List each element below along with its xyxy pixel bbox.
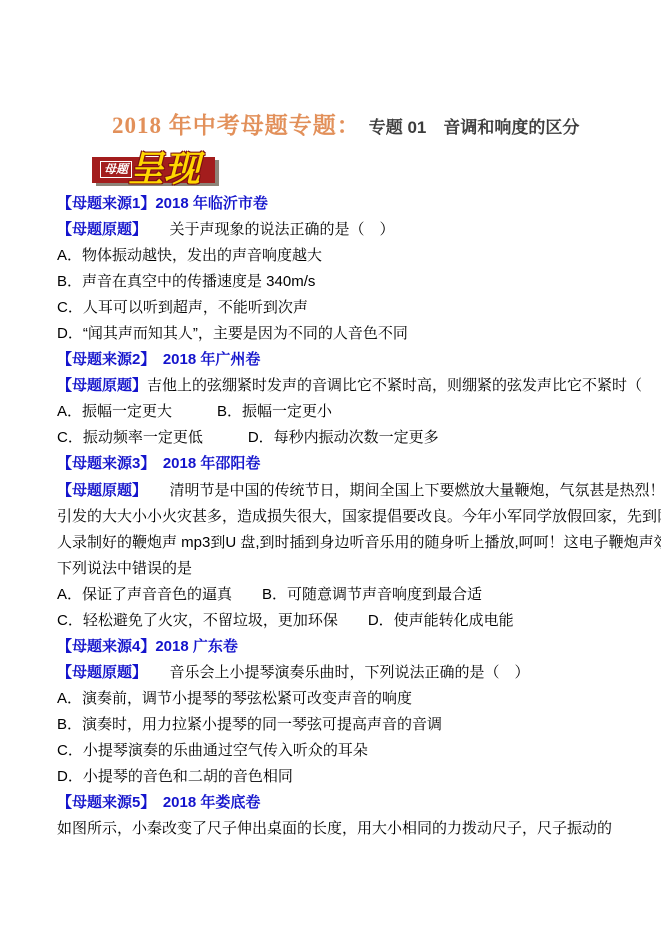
text-line: A．振幅一定更大 B．振幅一定更小 <box>57 399 637 425</box>
text-line: 【母题来源2】 2018 年广州卷 <box>57 347 637 373</box>
question-text: C．人耳可以听到超声，不能听到次声 <box>57 299 308 316</box>
section-label: 【母题原题】 <box>57 482 140 499</box>
question-text: 引发的大大小小火灾甚多，造成损失很大，国家提倡要改良。今年小军同学放假回家，先到… <box>57 508 661 525</box>
text-line: A．保证了声音音色的逼真 B．可随意调节声音响度到最合适 <box>57 582 637 608</box>
question-text: 人录制好的鞭炮声 mp3到U 盘,到时插到身边听音乐用的随身听上播放,呵呵！这电… <box>57 534 661 551</box>
text-line: 【母题原题】 关于声现象的说法正确的是（ ） <box>57 217 637 243</box>
text-line: 下列说法中错误的是 <box>57 556 637 582</box>
question-text: C．轻松避免了火灾，不留垃圾，更加环保 D．使声能转化成电能 <box>57 612 514 629</box>
question-text: D．“闻其声而知其人”，主要是因为不同的人音色不同 <box>57 325 408 342</box>
question-text: B．声音在真空中的传播速度是 340m/s <box>57 273 315 290</box>
question-text: C．小提琴演奏的乐曲通过空气传入听众的耳朵 <box>57 742 368 759</box>
section-label: 【母题来源2】 2018 年广州卷 <box>57 351 260 368</box>
document-body: 【母题来源1】2018 年临沂市卷【母题原题】 关于声现象的说法正确的是（ ）A… <box>57 191 637 842</box>
text-line: D．小提琴的音色和二胡的音色相同 <box>57 764 637 790</box>
text-line: 【母题原题】 音乐会上小提琴演奏乐曲时，下列说法正确的是（ ） <box>57 660 637 686</box>
text-line: 【母题原题】吉他上的弦绷紧时发声的音调比它不紧时高，则绷紧的弦发声比它不紧时（ … <box>57 373 637 399</box>
text-line: 引发的大大小小火灾甚多，造成损失很大，国家提倡要改良。今年小军同学放假回家，先到… <box>57 504 637 530</box>
question-text: C．振动频率一定更低 D．每秒内振动次数一定更多 <box>57 429 439 446</box>
question-text: A．物体振动越快，发出的声音响度越大 <box>57 247 322 264</box>
text-line: 【母题来源3】 2018 年邵阳卷 <box>57 451 637 477</box>
section-label: 【母题来源3】 2018 年邵阳卷 <box>57 455 260 472</box>
document-title: 2018 年中考母题专题：专题 01 音调和响度的区分 <box>112 107 579 140</box>
topic-title: 专题 01 音调和响度的区分 <box>369 118 580 137</box>
text-line: C．人耳可以听到超声，不能听到次声 <box>57 295 637 321</box>
section-label: 【母题原题】 <box>57 664 140 681</box>
text-line: A．物体振动越快，发出的声音响度越大 <box>57 243 637 269</box>
question-text: D．小提琴的音色和二胡的音色相同 <box>57 768 293 785</box>
question-text: A．振幅一定更大 B．振幅一定更小 <box>57 403 332 420</box>
question-text: A．演奏前，调节小提琴的琴弦松紧可改变声音的响度 <box>57 690 412 707</box>
text-line: 【母题来源1】2018 年临沂市卷 <box>57 191 637 217</box>
text-line: 【母题原题】 清明节是中国的传统节日，期间全国上下要燃放大量鞭炮，气氛甚是热烈！… <box>57 478 637 504</box>
text-line: B．演奏时，用力拉紧小提琴的同一琴弦可提高声音的音调 <box>57 712 637 738</box>
question-text: 如图所示，小秦改变了尺子伸出桌面的长度，用大小相同的力拨动尺子，尺子振动的 <box>57 820 612 837</box>
text-line: A．演奏前，调节小提琴的琴弦松紧可改变声音的响度 <box>57 686 637 712</box>
text-line: 人录制好的鞭炮声 mp3到U 盘,到时插到身边听音乐用的随身听上播放,呵呵！这电… <box>57 530 637 556</box>
text-line: 【母题来源5】 2018 年娄底卷 <box>57 790 637 816</box>
section-label: 【母题原题】 <box>57 377 147 394</box>
text-line: D．“闻其声而知其人”，主要是因为不同的人音色不同 <box>57 321 637 347</box>
document-page: 2018 年中考母题专题：专题 01 音调和响度的区分 母题 呈现 【母题来源1… <box>0 0 661 935</box>
muti-chengxian-badge: 母题 呈现 <box>92 157 215 183</box>
question-text: 吉他上的弦绷紧时发声的音调比它不紧时高，则绷紧的弦发声比它不紧时（ ） <box>147 377 661 394</box>
section-label: 【母题来源4】2018 广东卷 <box>57 638 238 655</box>
question-text: 音乐会上小提琴演奏乐曲时，下列说法正确的是（ ） <box>140 664 530 681</box>
text-line: 【母题来源4】2018 广东卷 <box>57 634 637 660</box>
question-text: 下列说法中错误的是 <box>57 560 192 577</box>
question-text: 清明节是中国的传统节日，期间全国上下要燃放大量鞭炮，气氛甚是热烈！据报道由此. <box>140 482 661 499</box>
question-text: A．保证了声音音色的逼真 B．可随意调节声音响度到最合适 <box>57 586 482 603</box>
text-line: 如图所示，小秦改变了尺子伸出桌面的长度，用大小相同的力拨动尺子，尺子振动的 <box>57 816 637 842</box>
badge-big-label: 呈现 <box>128 151 200 187</box>
question-text: 关于声现象的说法正确的是（ ） <box>140 221 395 238</box>
question-text: B．演奏时，用力拉紧小提琴的同一琴弦可提高声音的音调 <box>57 716 442 733</box>
text-line: C．轻松避免了火灾，不留垃圾，更加环保 D．使声能转化成电能 <box>57 608 637 634</box>
text-line: B．声音在真空中的传播速度是 340m/s <box>57 269 637 295</box>
section-label: 【母题原题】 <box>57 221 140 238</box>
section-label: 【母题来源5】 2018 年娄底卷 <box>57 794 260 811</box>
text-line: C．振动频率一定更低 D．每秒内振动次数一定更多 <box>57 425 637 451</box>
text-line: C．小提琴演奏的乐曲通过空气传入听众的耳朵 <box>57 738 637 764</box>
section-label: 【母题来源1】2018 年临沂市卷 <box>57 195 268 212</box>
series-title: 2018 年中考母题专题： <box>112 113 361 138</box>
